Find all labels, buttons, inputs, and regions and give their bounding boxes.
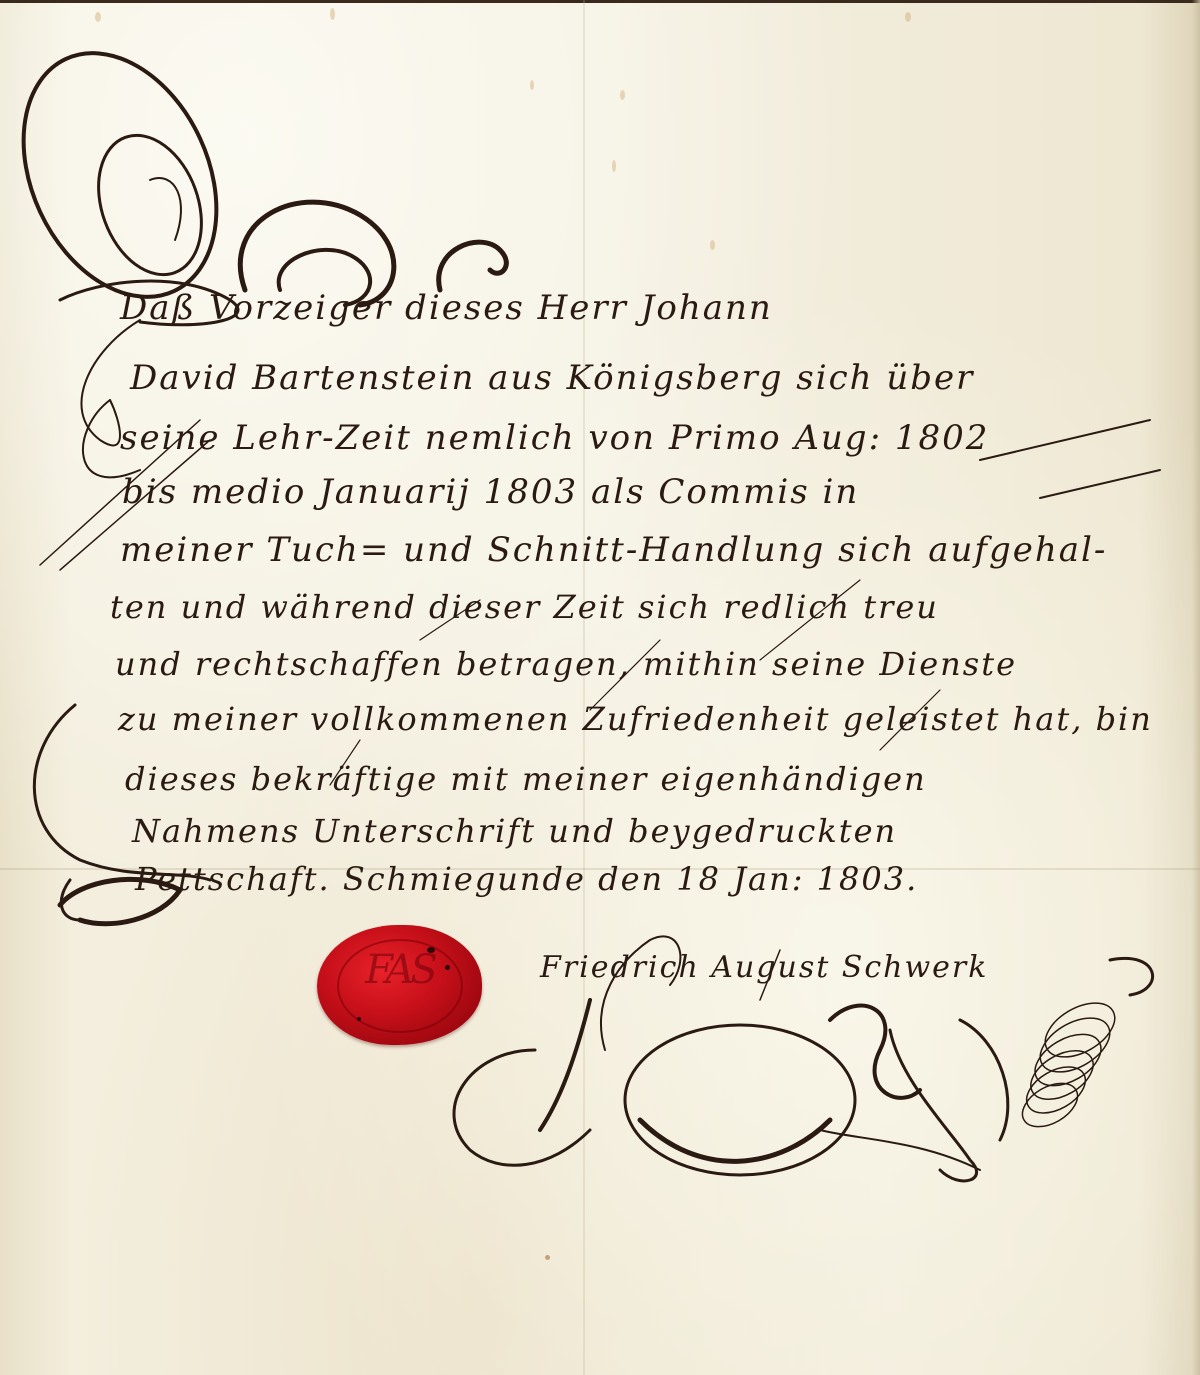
document-line-5: meiner Tuch= und Schnitt-Handlung sich a… bbox=[120, 530, 1107, 570]
wax-seal: FAS bbox=[317, 925, 482, 1045]
seal-blemish bbox=[445, 965, 450, 970]
document-line-1: Daß Vorzeiger dieses Herr Johann bbox=[120, 288, 773, 328]
seal-monogram: FAS bbox=[317, 947, 482, 993]
document-line-6: ten und während dieser Zeit sich redlich… bbox=[110, 588, 939, 626]
seal-blemish bbox=[357, 1017, 361, 1021]
foxing-stain bbox=[612, 160, 616, 172]
document-line-10: Nahmens Unterschrift und beygedruckten bbox=[132, 812, 897, 850]
document-line-3: seine Lehr-Zeit nemlich von Primo Aug: 1… bbox=[120, 418, 989, 458]
paper-top-edge bbox=[0, 0, 1200, 3]
document-line-2: David Bartenstein aus Königsberg sich üb… bbox=[130, 358, 974, 398]
document-line-11: Pettschaft. Schmiegunde den 18 Jan: 1803… bbox=[135, 860, 918, 898]
document-line-8: zu meiner vollkommenen Zufriedenheit gel… bbox=[118, 700, 1153, 738]
document-line-7: und rechtschaffen betragen, mithin seine… bbox=[115, 645, 1017, 683]
fold-line-vertical bbox=[583, 0, 585, 1375]
document-line-4: bis medio Januarij 1803 als Commis in bbox=[122, 472, 859, 512]
foxing-stain bbox=[530, 80, 534, 90]
foxing-stain bbox=[95, 12, 101, 22]
signature: Friedrich August Schwerk bbox=[540, 950, 988, 985]
document-line-9: dieses bekräftige mit meiner eigenhändig… bbox=[125, 760, 927, 798]
document-page: Daß Vorzeiger dieses Herr Johann David B… bbox=[0, 0, 1200, 1375]
seal-blemish bbox=[427, 947, 435, 953]
calligraphic-flourishes bbox=[0, 0, 1200, 1375]
foxing-stain bbox=[710, 240, 715, 250]
foxing-stain bbox=[545, 1255, 550, 1260]
paper-right-edge bbox=[1192, 0, 1200, 1375]
foxing-stain bbox=[905, 12, 911, 22]
foxing-stain bbox=[620, 90, 625, 100]
foxing-stain bbox=[330, 8, 335, 20]
